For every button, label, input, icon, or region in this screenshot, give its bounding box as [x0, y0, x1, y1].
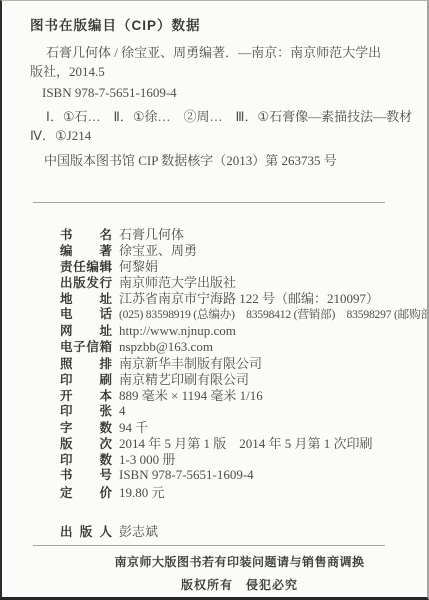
info-row-phone: 电话 (025) 83598919 (总编办) 83598412 (营销部) 8…	[60, 304, 419, 320]
info-row-edition: 版次 2014 年 5 月第 1 版 2014 年 5 月第 1 次印刷	[60, 433, 419, 449]
row-value: 889 毫米 × 1194 毫米 1/16	[119, 385, 263, 404]
info-row-word-count: 字数 94 千	[60, 417, 419, 433]
info-row-printing: 印刷 南京精艺印刷有限公司	[60, 369, 419, 385]
cip-para-line2: 版社，2014.5	[30, 62, 419, 81]
cip-isbn: ISBN 978-7-5651-1609-4	[30, 83, 419, 102]
divider	[33, 202, 385, 203]
cip-classification: Ⅰ．①石… Ⅱ．①徐… ②周… Ⅲ．①石膏像—素描技法—教材 Ⅳ．①J214	[30, 107, 419, 145]
copyright-notice: 版权所有 侵犯必究	[60, 576, 419, 593]
footer-notices: 南京师大版图书若有印装问题请与销售商调换 版权所有 侵犯必究	[30, 553, 419, 593]
info-row-address: 地址 江苏省南京市宁海路 122 号（邮编：210097）	[60, 288, 419, 304]
cip-class-line1: Ⅰ．①石… Ⅱ．①徐… ②周… Ⅲ．①石膏像—素描技法—教材	[30, 107, 419, 126]
row-value: 彭志斌	[119, 521, 158, 540]
info-row-publisher: 出版发行 南京师范大学出版社	[60, 272, 419, 288]
row-value: http://www.njnup.com	[119, 323, 236, 339]
cip-paragraph: 石膏几何体 / 徐宝亚、周勇编著．—南京：南京师范大学出 版社，2014.5	[30, 43, 419, 81]
row-label: 书号	[60, 465, 112, 483]
row-label: 出版人	[60, 522, 112, 540]
info-row-authors: 编著 徐宝亚、周勇	[60, 240, 419, 256]
exchange-notice: 南京师大版图书若有印装问题请与销售商调换	[60, 553, 419, 570]
row-label: 电子信箱	[60, 337, 112, 355]
row-value: (025) 83598919 (总编办) 83598412 (营销部) 8359…	[119, 306, 429, 322]
info-row-publisher-person: 出版人 彭志斌	[30, 521, 419, 537]
info-row-typesetting: 照排 南京新华丰制版有限公司	[60, 353, 419, 369]
copyright-page: 图书在版编目（CIP）数据 石膏几何体 / 徐宝亚、周勇编著．—南京：南京师范大…	[0, 0, 429, 600]
cip-title: 图书在版编目（CIP）数据	[30, 14, 419, 34]
cip-para-line1: 石膏几何体 / 徐宝亚、周勇编著．—南京：南京师范大学出	[30, 43, 419, 62]
info-row-price: 定价 19.80 元	[60, 482, 419, 498]
cip-record-number: 中国版本图书馆 CIP 数据核字（2013）第 263735 号	[30, 151, 419, 170]
info-row-email: 电子信箱 nspzbb@163.com	[60, 337, 419, 353]
row-label: 印张	[60, 401, 112, 419]
cip-class-line2: Ⅳ．①J214	[30, 126, 419, 145]
row-value: 19.80 元	[119, 482, 165, 501]
info-row-book-title: 书名 石膏几何体	[60, 224, 419, 240]
row-label: 定价	[60, 483, 112, 501]
info-row-editor: 责任编辑 何黎娟	[60, 256, 419, 272]
info-row-format: 开本 889 毫米 × 1194 毫米 1/16	[60, 385, 419, 401]
row-value: 1-3 000 册	[119, 449, 175, 468]
divider	[33, 545, 385, 546]
row-value: 江苏省南京市宁海路 122 号（邮编：210097）	[119, 288, 379, 307]
page-content: 图书在版编目（CIP）数据 石膏几何体 / 徐宝亚、周勇编著．—南京：南京师范大…	[2, 1, 427, 593]
info-row-isbn: 书号 ISBN 978-7-5651-1609-4	[60, 465, 419, 481]
publication-info-list: 书名 石膏几何体 编著 徐宝亚、周勇 责任编辑 何黎娟 出版发行 南京师范大学出…	[30, 224, 419, 498]
info-row-website: 网址 http://www.njnup.com	[60, 321, 419, 337]
